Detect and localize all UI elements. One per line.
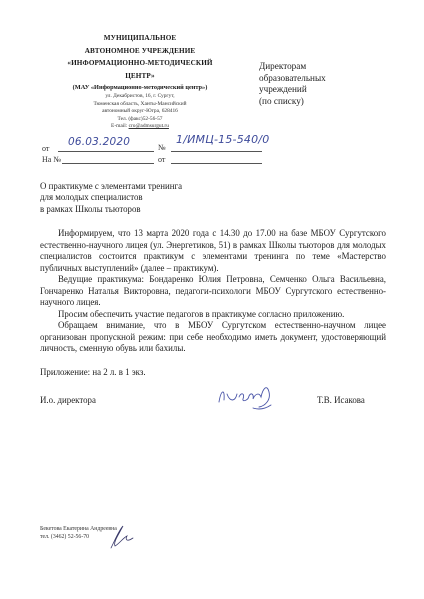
number-value: 1/ИМЦ-15-540/0 (176, 133, 269, 146)
number-label: № (158, 143, 166, 152)
body-paragraph-3: Просим обеспечить участие педагогов в пр… (40, 309, 386, 321)
body-paragraph-1: Информируем, что 13 марта 2020 года с 14… (40, 228, 386, 274)
reference-date-label: от (158, 155, 165, 164)
org-name-line-1: МУНИЦИПАЛЬНОЕ (40, 32, 240, 45)
subject-line-2: для молодых специалистов (40, 192, 182, 203)
org-name-line-3: «ИНФОРМАЦИОННО-МЕТОДИЧЕСКИЙ (40, 57, 240, 70)
org-address-line-3: автономный округ-Югра, 628416 (40, 108, 240, 116)
org-name-line-2: АВТОНОМНОЕ УЧРЕЖДЕНИЕ (40, 45, 240, 58)
date-label: от (42, 144, 49, 153)
signatory-name: Т.В. Исакова (317, 395, 365, 405)
reference-label: На № (42, 155, 61, 164)
email-link[interactable]: cro@admsurgut.ru (129, 123, 169, 129)
recipient-line-4: (по списку) (259, 96, 326, 108)
initials-scribble-icon (105, 522, 135, 550)
org-email-row: E-mail: cro@admsurgut.ru (40, 123, 240, 131)
letter-body: Информируем, что 13 марта 2020 года с 14… (40, 228, 386, 355)
signatory-title: И.о. директора (40, 395, 96, 405)
date-value: 06.03.2020 (68, 136, 130, 148)
executor-signature (105, 522, 135, 555)
subject-line-1: О практикуме с элементами тренинга (40, 181, 182, 192)
email-label: E-mail: (111, 123, 127, 129)
subject-line-3: в рамках Школы тьюторов (40, 204, 182, 215)
date-underline (58, 151, 154, 152)
recipient-line-3: учреждений (259, 84, 326, 96)
attachment-note: Приложение: на 2 л. в 1 экз. (40, 367, 146, 377)
reference-date-underline (171, 163, 262, 164)
organization-header: МУНИЦИПАЛЬНОЕ АВТОНОМНОЕ УЧРЕЖДЕНИЕ «ИНФ… (40, 32, 240, 131)
org-phone: Тел. (факс)52-56-57 (40, 116, 240, 124)
org-address-line-1: ул. Декабристов, 16, г. Сургут, (40, 93, 240, 101)
org-short-name: (МАУ «Информационно-методический центр») (40, 83, 240, 93)
signature-scribble-icon (215, 380, 275, 412)
recipient-line-2: образовательных (259, 73, 326, 85)
body-paragraph-2: Ведущие практикума: Бондаренко Юлия Петр… (40, 274, 386, 309)
body-paragraph-4: Обращаем внимание, что в МБОУ Сургутском… (40, 320, 386, 355)
reference-underline (62, 163, 154, 164)
subject-block: О практикуме с элементами тренинга для м… (40, 181, 182, 215)
org-name-line-4: ЦЕНТР» (40, 70, 240, 83)
recipient-block: Директорам образовательных учреждений (п… (259, 61, 326, 107)
recipient-line-1: Директорам (259, 61, 326, 73)
number-underline (171, 151, 262, 152)
handwritten-signature (215, 380, 275, 417)
